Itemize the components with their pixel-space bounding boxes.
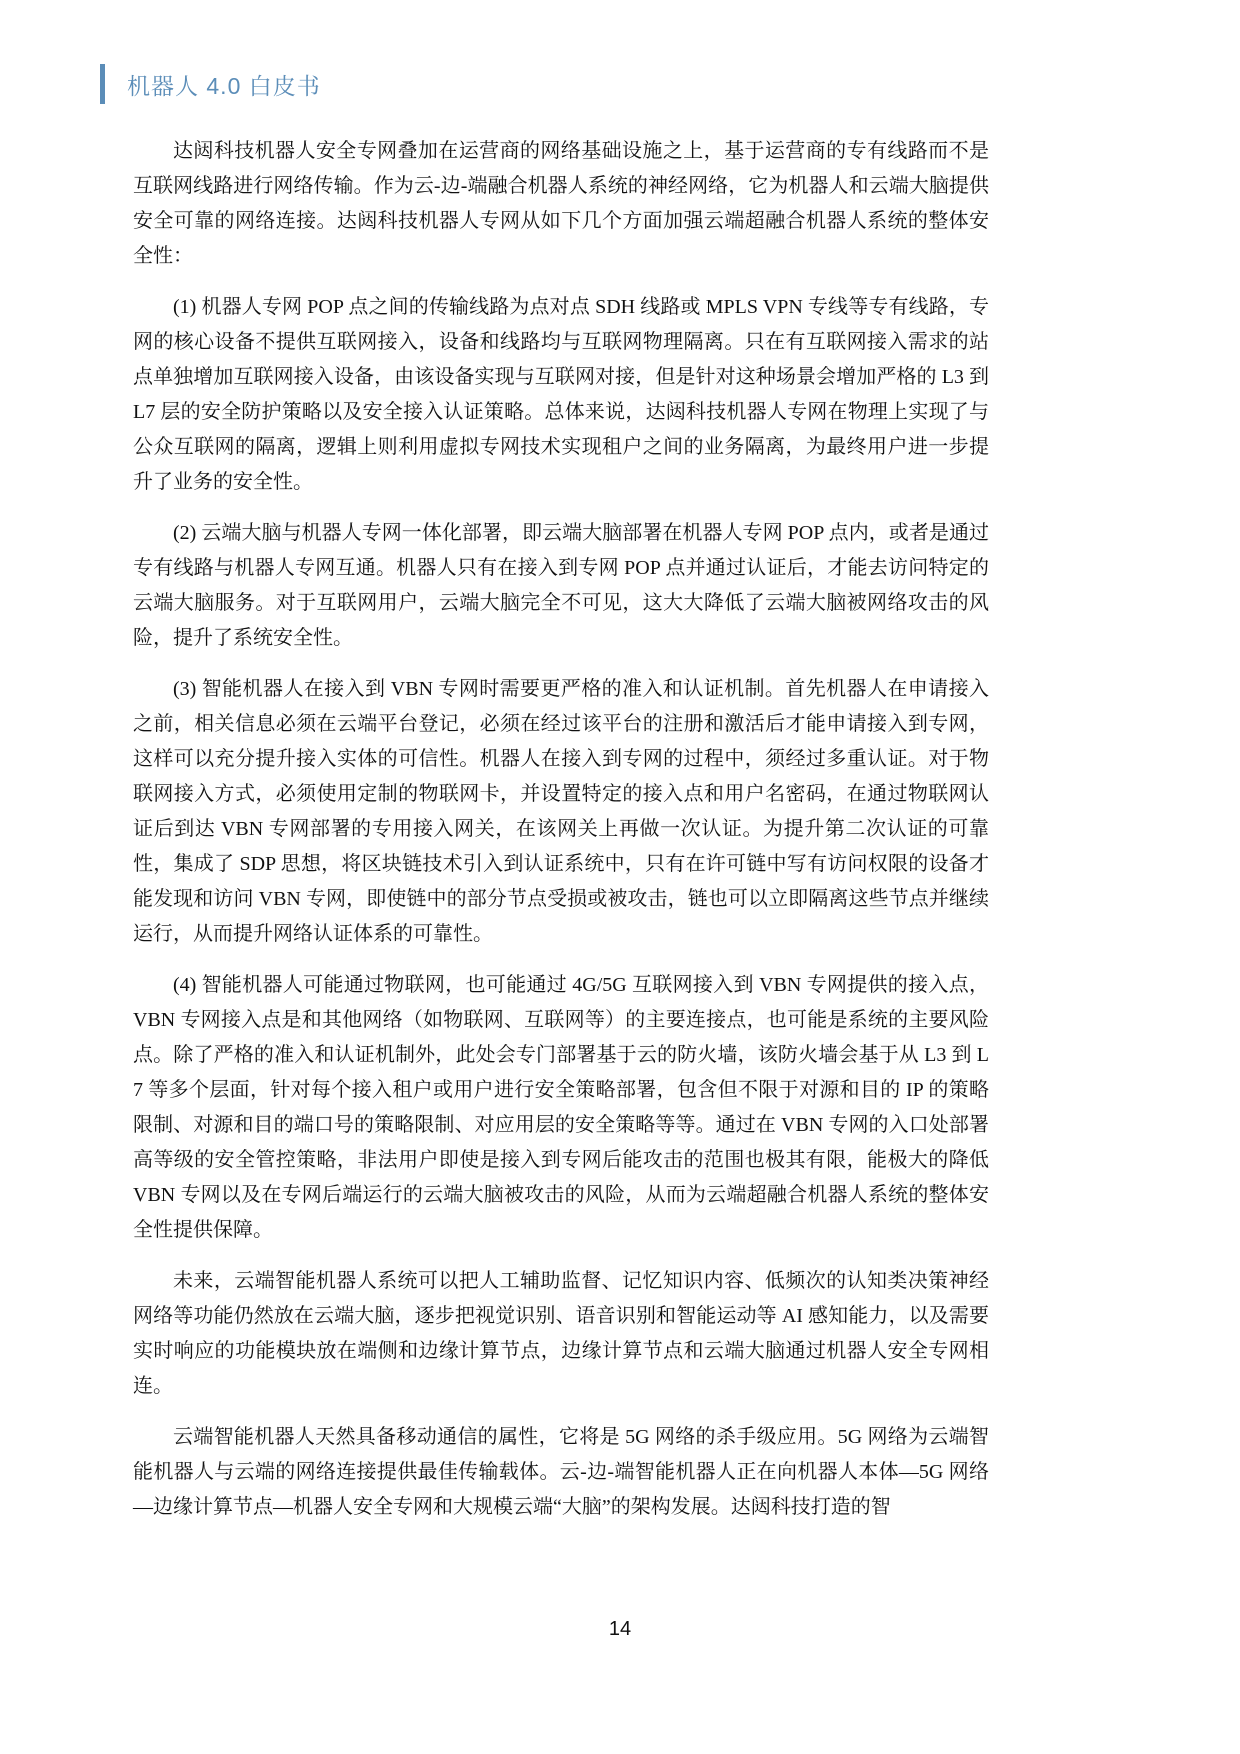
document-page: 机器人 4.0 白皮书 达闼科技机器人安全专网叠加在运营商的网络基础设施之上，基… — [0, 0, 1240, 1754]
document-title: 机器人 4.0 白皮书 — [127, 68, 321, 101]
page-header: 机器人 4.0 白皮书 — [100, 64, 321, 104]
paragraph: (4) 智能机器人可能通过物联网，也可能通过 4G/5G 互联网接入到 VBN … — [133, 968, 989, 1248]
paragraph: (3) 智能机器人在接入到 VBN 专网时需要更严格的准入和认证机制。首先机器人… — [133, 672, 989, 952]
page-footer: 14 — [0, 1618, 1240, 1641]
header-accent-bar — [100, 64, 105, 104]
paragraph: 云端智能机器人天然具备移动通信的属性，它将是 5G 网络的杀手级应用。5G 网络… — [133, 1420, 989, 1525]
page-number: 14 — [609, 1618, 631, 1640]
paragraph: 达闼科技机器人安全专网叠加在运营商的网络基础设施之上，基于运营商的专有线路而不是… — [133, 134, 989, 274]
paragraph: 未来，云端智能机器人系统可以把人工辅助监督、记忆知识内容、低频次的认知类决策神经… — [133, 1264, 989, 1404]
paragraph: (1) 机器人专网 POP 点之间的传输线路为点对点 SDH 线路或 MPLS … — [133, 290, 989, 500]
paragraph: (2) 云端大脑与机器人专网一体化部署，即云端大脑部署在机器人专网 POP 点内… — [133, 516, 989, 656]
document-body: 达闼科技机器人安全专网叠加在运营商的网络基础设施之上，基于运营商的专有线路而不是… — [133, 134, 989, 1541]
